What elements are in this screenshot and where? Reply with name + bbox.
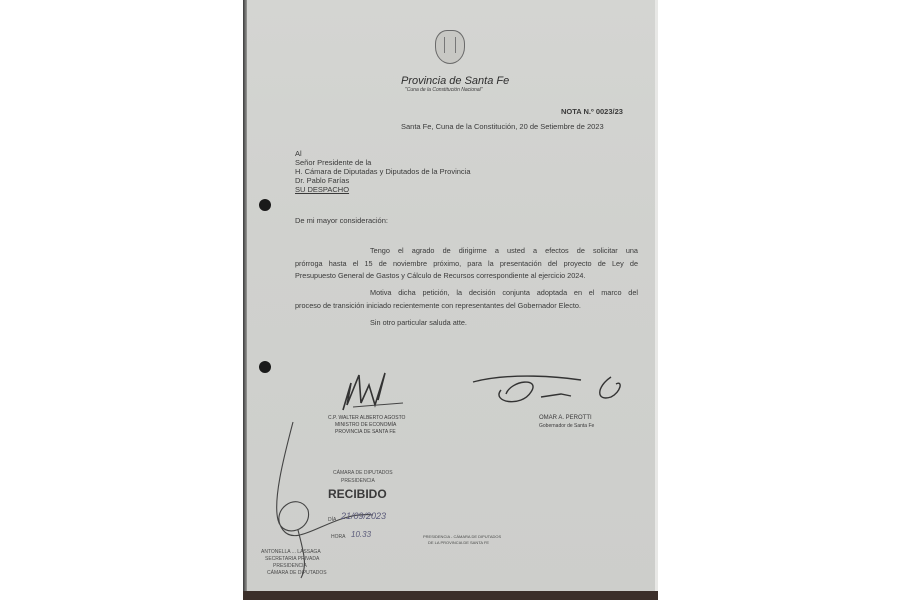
note-number: NOTA N.º 0023/23 [561,107,623,116]
body-paragraph-line: proceso de transición iniciado recientem… [295,301,635,310]
salutation: De mi mayor consideración: [295,216,388,225]
addressee-line: H. Cámara de Diputadas y Diputados de la… [295,167,471,176]
body-paragraph-line: Motiva dicha petición, la decisión conju… [370,288,638,297]
signatory-right-role: Gobernador de Santa Fe [539,423,594,429]
body-paragraph-line: Sin otro particular saluda atte. [370,318,467,327]
received-stamp-label: RECIBIDO [328,487,387,501]
body-paragraph-line: prórroga hasta el 15 de noviembre próxim… [295,259,638,268]
background-surface [243,591,658,600]
stamp-dia-value: 21/09/2023 [341,511,386,521]
signatory-right-name: OMAR A. PEROTTI [539,415,592,421]
signature-left-icon [323,365,433,415]
bottom-center-stamp-line: DE LA PROVINCIA DE SANTA FE [428,540,489,545]
punch-hole [259,199,271,211]
page-edge [655,0,658,600]
stamp-dia-label: DÍA [328,517,336,523]
page-edge-shadow [243,0,247,600]
punch-hole [259,361,271,373]
bottom-left-stamp-line: SECRETARIA PRIVADA [265,556,319,562]
body-paragraph-line: Presupuesto General de Gastos y Cálculo … [295,271,635,280]
document-photo: Provincia de Santa Fe "Cuna de la Consti… [243,0,658,600]
stamp-header: CÁMARA DE DIPUTADOS [333,470,393,476]
addressee-line: Dr. Pablo Farías [295,176,349,185]
bottom-left-stamp-line: CÁMARA DE DIPUTADOS [267,570,327,576]
bottom-left-stamp-line: PRESIDENCIA [273,563,307,569]
addressee-line: Señor Presidente de la [295,158,371,167]
addressee-line: Al [295,149,302,158]
addressee-line: SU DESPACHO [295,185,349,194]
stamp-hora-value: 10.33 [351,530,371,539]
body-paragraph-line: Tengo el agrado de dirigirme a usted a e… [370,246,638,255]
bottom-center-stamp-line: PRESIDENCIA - CÁMARA DE DIPUTADOS [423,534,501,539]
date-line: Santa Fe, Cuna de la Constitución, 20 de… [401,122,604,131]
bottom-left-stamp-line: ANTONELLA ... LASSAGA [261,549,321,555]
letterhead-title: Provincia de Santa Fe [401,75,509,87]
letterhead-motto: "Cuna de la Constitución Nacional" [405,87,482,93]
stamp-subheader: PRESIDENCIA [341,478,375,484]
signature-right-icon [471,372,641,412]
stamp-hora-label: HORA [331,534,345,540]
coat-of-arms-icon [435,30,465,64]
